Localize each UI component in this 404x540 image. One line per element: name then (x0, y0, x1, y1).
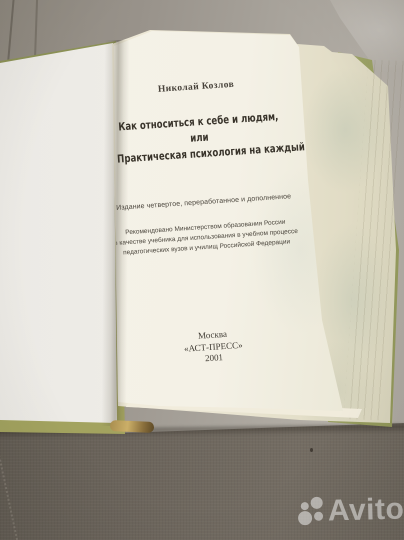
title-page-text-block: Николай Козлов Как относиться к себе и л… (89, 73, 321, 371)
listing-photo: Николай Козлов Как относиться к себе и л… (0, 0, 404, 540)
imprint-block: Москва «АСТ-ПРЕСС» 2001 (105, 323, 321, 372)
edition-note: Издание четвертое, переработанное и допо… (97, 192, 311, 213)
worn-spine-spot (110, 420, 154, 433)
author-name: Николай Козлов (89, 75, 303, 99)
avito-brand-text: Avito (328, 495, 404, 527)
avito-logo-icon (311, 497, 323, 509)
avito-logo-icon (314, 512, 323, 521)
avito-logo-icon (301, 502, 309, 510)
avito-logo-icon (298, 511, 312, 525)
ministry-approval-note: Рекомендовано Министерством образования … (98, 216, 314, 260)
open-book: Николай Козлов Как относиться к себе и л… (0, 0, 404, 540)
avito-watermark: Avito (291, 491, 404, 538)
book-title: Как относиться к себе и людям, или Практ… (91, 107, 308, 169)
